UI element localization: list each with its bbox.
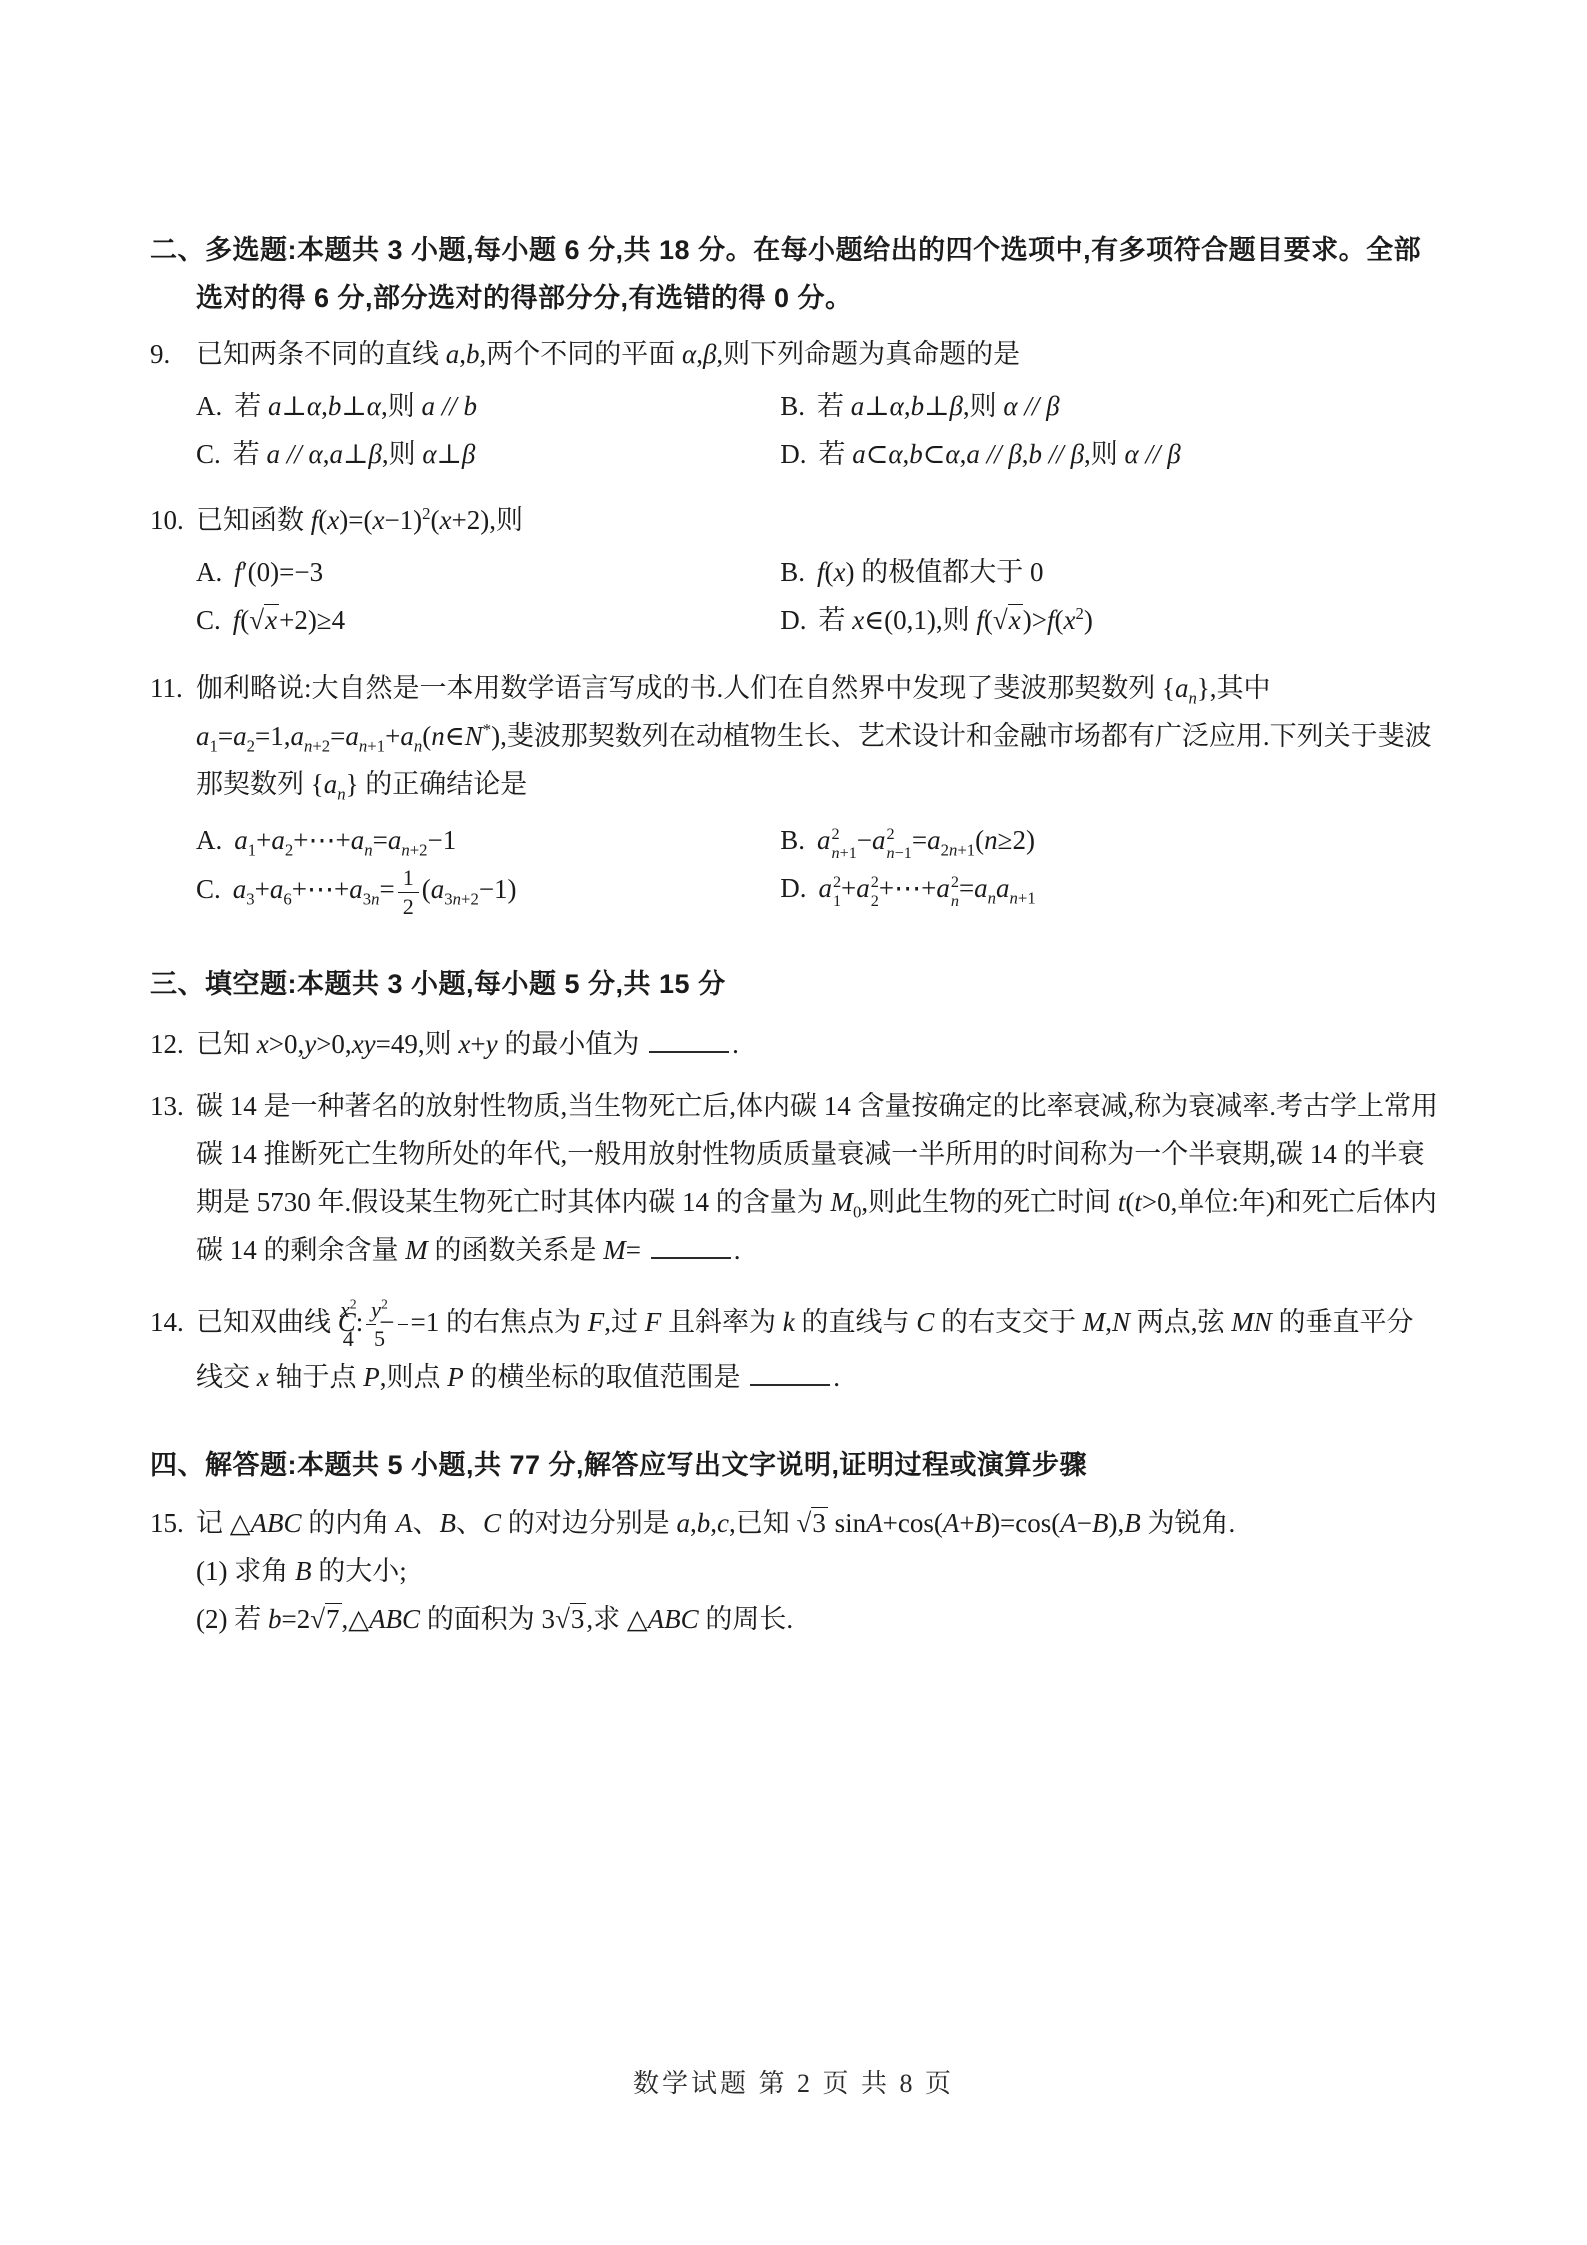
question-9-option-d: D.若 a⊂α,b⊂α,a // β,b // β,则 α // β xyxy=(780,430,1439,478)
question-14-number: 14. xyxy=(150,1298,196,1346)
question-12-number: 12. xyxy=(150,1020,196,1068)
question-9-number: 9. xyxy=(150,330,196,378)
question-9-options: A.若 a⊥α,b⊥α,则 a // b B.若 a⊥α,b⊥β,则 α // … xyxy=(150,382,1439,478)
question-11-option-d: D.a21+a22+⋯+a2n=anan+1 xyxy=(780,864,1439,920)
question-11-number: 11. xyxy=(150,664,196,712)
option-formula-b: a2n+1−a2n−1=a2n+1(n≥2) xyxy=(817,825,1035,855)
option-formula-d: 若 a⊂α,b⊂α,a // β,b // β,则 α // β xyxy=(818,439,1180,469)
question-14-stem: 14.已知双曲线 C:x24−y25=1 的右焦点为 F,过 F 且斜率为 k … xyxy=(150,1296,1439,1400)
option-label-a: A. xyxy=(196,557,222,587)
question-14-text: 已知双曲线 C:x24−y25=1 的右焦点为 F,过 F 且斜率为 k 的直线… xyxy=(196,1307,1414,1392)
question-15-number: 15. xyxy=(150,1499,196,1547)
question-9: 9.已知两条不同的直线 a,b,两个不同的平面 α,β,则下列命题为真命题的是 … xyxy=(150,330,1439,478)
question-10-options: A.f′(0)=−3 B.f(x) 的极值都大于 0 C.f(√x+2)≥4 D… xyxy=(150,548,1439,644)
option-label-d: D. xyxy=(780,439,806,469)
option-label-d: D. xyxy=(780,873,806,903)
question-11-options: A.a1+a2+⋯+an=an+2−1 B.a2n+1−a2n−1=a2n+1(… xyxy=(150,816,1439,920)
option-formula-b: f(x) 的极值都大于 0 xyxy=(817,557,1044,587)
section-fill-blank-header: 三、填空题:本题共 3 小题,每小题 5 分,共 15 分 xyxy=(150,960,1439,1008)
option-label-a: A. xyxy=(196,825,222,855)
question-11-option-a: A.a1+a2+⋯+an=an+2−1 xyxy=(196,816,780,864)
option-formula-c: a3+a6+⋯+a3n=12(a3n+2−1) xyxy=(233,874,517,904)
option-formula-d: 若 x∈(0,1),则 f(√x)>f(x2) xyxy=(818,605,1092,635)
question-10-option-a: A.f′(0)=−3 xyxy=(196,548,780,596)
option-label-b: B. xyxy=(780,825,805,855)
question-10-option-c: C.f(√x+2)≥4 xyxy=(196,596,780,644)
option-label-a: A. xyxy=(196,391,222,421)
question-12-text: 已知 x>0,y>0,xy=49,则 x+y 的最小值为 . xyxy=(196,1029,739,1059)
question-15: 15.记 △ABC 的内角 A、B、C 的对边分别是 a,b,c,已知 √3 s… xyxy=(150,1499,1439,1643)
page-footer: 数学试题 第 2 页 共 8 页 xyxy=(0,2060,1587,2108)
question-15-part-1: (1) 求角 B 的大小; xyxy=(150,1547,1439,1595)
answer-blank xyxy=(649,1024,729,1053)
option-label-c: C. xyxy=(196,874,221,904)
option-label-b: B. xyxy=(780,391,805,421)
section-multi-choice-header: 二、多选题:本题共 3 小题,每小题 6 分,共 18 分。在每小题给出的四个选… xyxy=(150,226,1439,322)
option-formula-a: 若 a⊥α,b⊥α,则 a // b xyxy=(234,391,477,421)
option-label-c: C. xyxy=(196,605,221,635)
question-15-text: 记 △ABC 的内角 A、B、C 的对边分别是 a,b,c,已知 √3 sinA… xyxy=(196,1507,1235,1538)
question-10-number: 10. xyxy=(150,496,196,544)
question-9-stem: 9.已知两条不同的直线 a,b,两个不同的平面 α,β,则下列命题为真命题的是 xyxy=(150,330,1439,378)
question-10-stem: 10.已知函数 f(x)=(x−1)2(x+2),则 xyxy=(150,496,1439,544)
option-formula-c: 若 a // α,a⊥β,则 α⊥β xyxy=(233,439,476,469)
question-11-stem: 11.伽利略说:大自然是一本用数学语言写成的书.人们在自然界中发现了斐波那契数列… xyxy=(150,664,1439,808)
question-13-number: 13. xyxy=(150,1082,196,1130)
question-10-text: 已知函数 f(x)=(x−1)2(x+2),则 xyxy=(196,505,523,535)
question-10-option-d: D.若 x∈(0,1),则 f(√x)>f(x2) xyxy=(780,596,1439,644)
question-13: 13.碳 14 是一种著名的放射性物质,当生物死亡后,体内碳 14 含量按确定的… xyxy=(150,1082,1439,1274)
question-15-stem: 15.记 △ABC 的内角 A、B、C 的对边分别是 a,b,c,已知 √3 s… xyxy=(150,1499,1439,1547)
question-10: 10.已知函数 f(x)=(x−1)2(x+2),则 A.f′(0)=−3 B.… xyxy=(150,496,1439,644)
question-13-stem: 13.碳 14 是一种著名的放射性物质,当生物死亡后,体内碳 14 含量按确定的… xyxy=(150,1082,1439,1274)
exam-page: 二、多选题:本题共 3 小题,每小题 6 分,共 18 分。在每小题给出的四个选… xyxy=(0,0,1587,2245)
question-11: 11.伽利略说:大自然是一本用数学语言写成的书.人们在自然界中发现了斐波那契数列… xyxy=(150,664,1439,920)
answer-blank xyxy=(651,1230,731,1259)
option-label-b: B. xyxy=(780,557,805,587)
option-label-d: D. xyxy=(780,605,806,635)
answer-blank xyxy=(750,1357,830,1386)
option-formula-d: a21+a22+⋯+a2n=anan+1 xyxy=(818,873,1035,903)
question-14: 14.已知双曲线 C:x24−y25=1 的右焦点为 F,过 F 且斜率为 k … xyxy=(150,1296,1439,1400)
question-9-option-a: A.若 a⊥α,b⊥α,则 a // b xyxy=(196,382,780,430)
question-13-text: 碳 14 是一种著名的放射性物质,当生物死亡后,体内碳 14 含量按确定的比率衰… xyxy=(196,1091,1438,1265)
option-formula-a: f′(0)=−3 xyxy=(234,557,323,587)
question-10-option-b: B.f(x) 的极值都大于 0 xyxy=(780,548,1439,596)
question-11-text: 伽利略说:大自然是一本用数学语言写成的书.人们在自然界中发现了斐波那契数列 {a… xyxy=(196,673,1432,799)
question-11-option-b: B.a2n+1−a2n−1=a2n+1(n≥2) xyxy=(780,816,1439,864)
question-9-text: 已知两条不同的直线 a,b,两个不同的平面 α,β,则下列命题为真命题的是 xyxy=(196,339,1020,369)
question-11-option-c: C.a3+a6+⋯+a3n=12(a3n+2−1) xyxy=(196,864,780,920)
question-12: 12.已知 x>0,y>0,xy=49,则 x+y 的最小值为 . xyxy=(150,1020,1439,1068)
option-label-c: C. xyxy=(196,439,221,469)
question-12-stem: 12.已知 x>0,y>0,xy=49,则 x+y 的最小值为 . xyxy=(150,1020,1439,1068)
option-formula-c: f(√x+2)≥4 xyxy=(233,604,345,635)
option-formula-a: a1+a2+⋯+an=an+2−1 xyxy=(234,825,456,855)
question-9-option-c: C.若 a // α,a⊥β,则 α⊥β xyxy=(196,430,780,478)
option-formula-b: 若 a⊥α,b⊥β,则 α // β xyxy=(817,391,1060,421)
question-9-option-b: B.若 a⊥α,b⊥β,则 α // β xyxy=(780,382,1439,430)
question-15-part-2: (2) 若 b=2√7,△ABC 的面积为 3√3,求 △ABC 的周长. xyxy=(150,1595,1439,1643)
section-solution-header: 四、解答题:本题共 5 小题,共 77 分,解答应写出文字说明,证明过程或演算步… xyxy=(150,1441,1439,1489)
